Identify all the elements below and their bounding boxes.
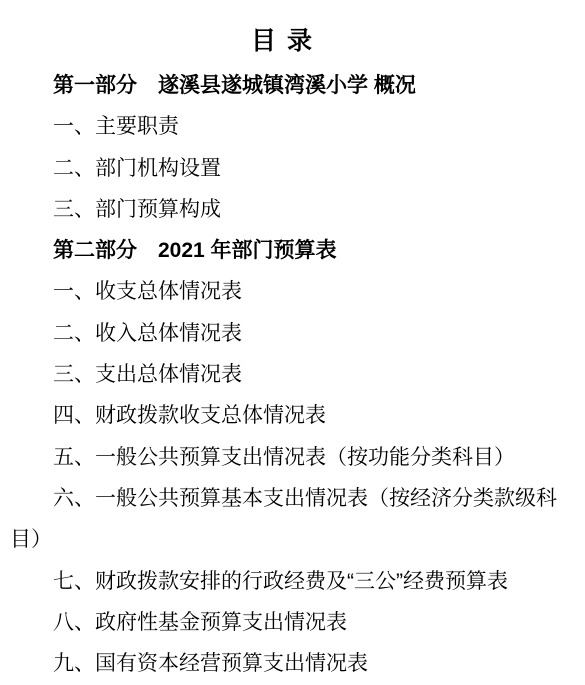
section-heading-part2: 第二部分 2021 年部门预算表 [10,230,555,271]
toc-item-part2-2: 二、收入总体情况表 [10,313,555,354]
toc-item-part2-1: 一、收支总体情况表 [10,271,555,312]
toc-item-part2-3: 三、支出总体情况表 [10,354,555,395]
toc-item-part1-2: 二、部门机构设置 [10,148,555,189]
toc-item-part2-9: 九、国有资本经营预算支出情况表 [10,643,555,684]
toc-item-part2-7: 七、财政拨款安排的行政经费及“三公”经费预算表 [10,561,555,602]
toc-item-part2-6-line2: 目） [10,519,555,560]
toc-item-part1-1: 一、主要职责 [10,106,555,147]
toc-item-part2-8: 八、政府性基金预算支出情况表 [10,602,555,643]
toc-item-part2-4: 四、财政拨款收支总体情况表 [10,395,555,436]
toc-item-part2-6-line1: 六、一般公共预算基本支出情况表（按经济分类款级科 [10,478,555,519]
toc-page: 目 录 第一部分 遂溪县遂城镇湾溪小学 概况 一、主要职责 二、部门机构设置 三… [0,0,585,685]
section-heading-part1: 第一部分 遂溪县遂城镇湾溪小学 概况 [10,65,555,106]
toc-item-part1-3: 三、部门预算构成 [10,189,555,230]
toc-item-part2-5: 五、一般公共预算支出情况表（按功能分类科目） [10,437,555,478]
page-title: 目 录 [10,18,555,65]
